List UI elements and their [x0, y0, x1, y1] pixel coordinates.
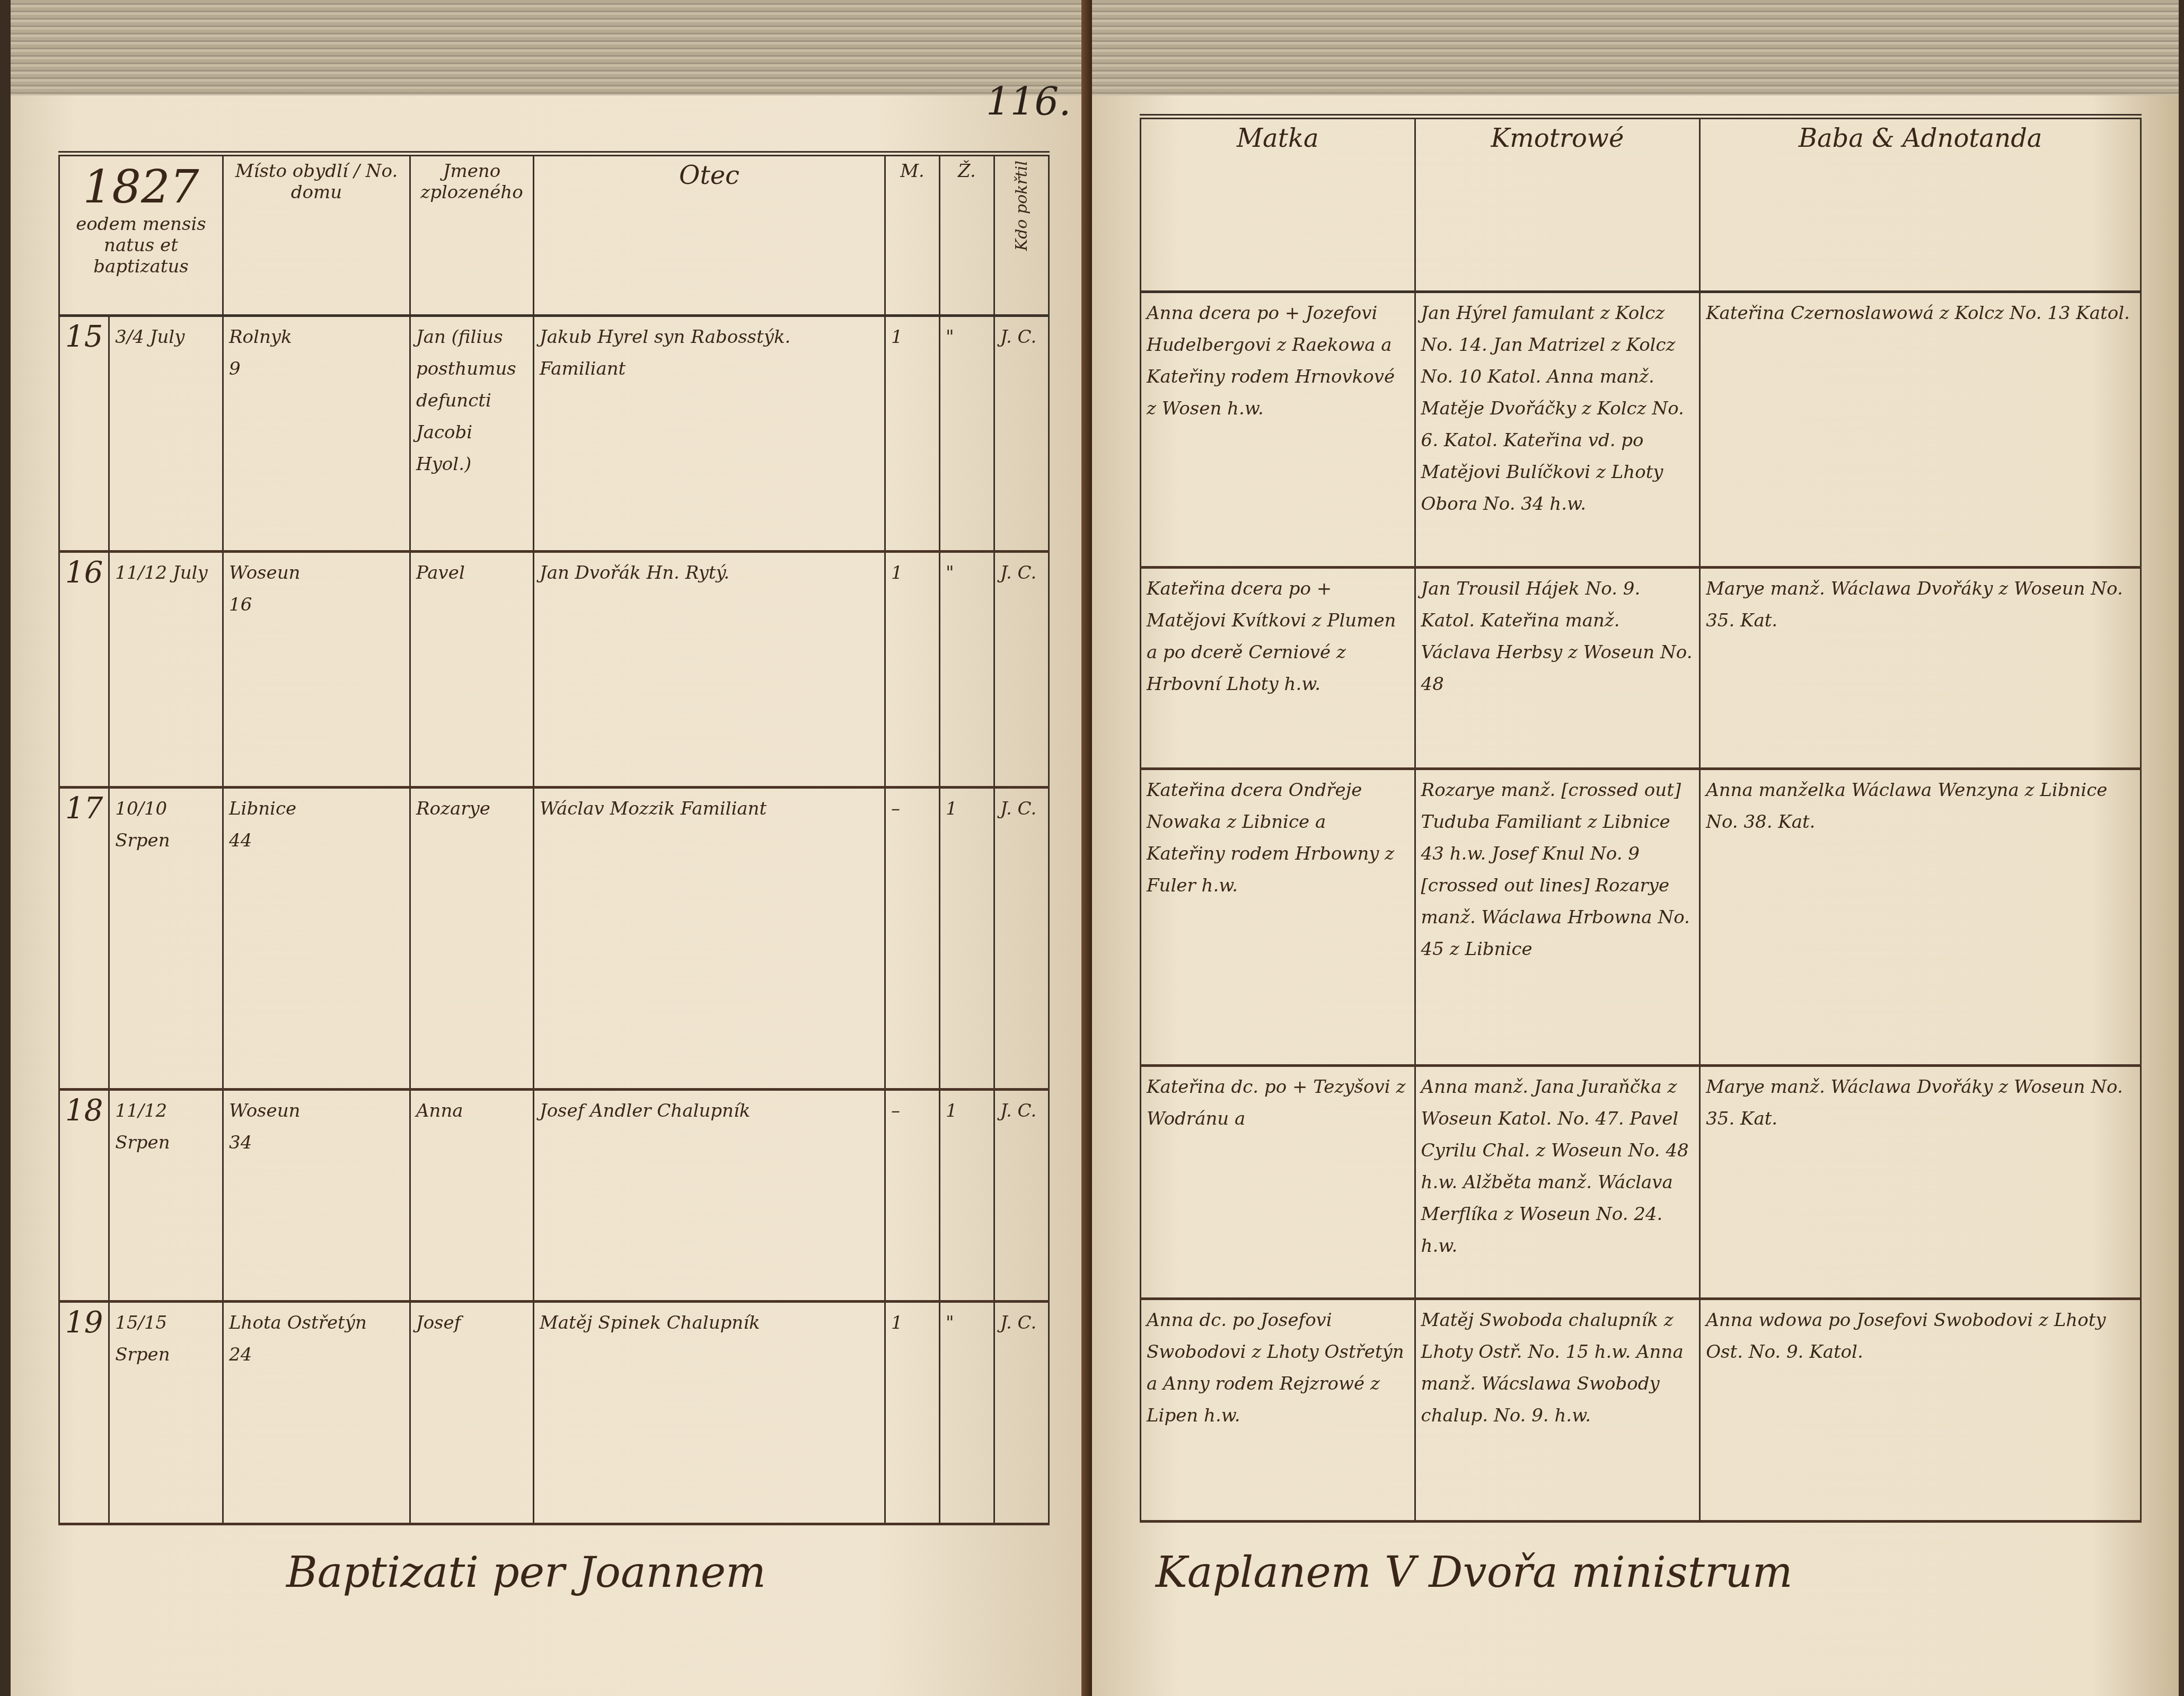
entry-place: Woseun16	[223, 551, 410, 787]
header-baptizer-label: Kdo pokřtil	[1012, 161, 1031, 251]
table-row: 15 3/4 July Rolnyk9 Jan (filius posthumu…	[59, 315, 1049, 551]
entry-m: 1	[885, 1301, 940, 1524]
entry-m: –	[885, 1089, 940, 1301]
header-year-cell: 1827 eodem mensis natus et baptizatus	[59, 154, 223, 315]
place-name: Rolnyk	[229, 321, 404, 353]
header-baptizer: Kdo pokřtil	[994, 154, 1049, 315]
header-house: Místo obydlí / No. domu	[223, 154, 410, 315]
entry-midwife: Kateřina Czernoslawowá z Kolcz No. 13 Ka…	[1700, 291, 2141, 567]
header-year: 1827	[65, 161, 217, 214]
entry-midwife: Marye manž. Wáclawa Dvořáky z Woseun No.…	[1700, 567, 2141, 768]
entry-father: Matěj Spinek Chalupník	[534, 1301, 885, 1524]
entry-godparents: Matěj Swoboda chalupník z Lhoty Ostř. No…	[1415, 1298, 1700, 1521]
entry-child: Jan (filius posthumus defuncti Jacobi Hy…	[410, 315, 534, 551]
place-name: Lhota Ostřetýn	[229, 1307, 404, 1339]
entry-f: 1	[940, 787, 994, 1089]
entry-father: Wáclav Mozzik Familiant	[534, 787, 885, 1089]
table-row: Kateřina dcera po + Matějovi Kvítkovi z …	[1141, 567, 2141, 768]
header-date: eodem mensis natus et baptizatus	[65, 214, 217, 277]
entry-godparents: Anna manž. Jana Juraňčka z Woseun Katol.…	[1415, 1065, 1700, 1298]
entry-f: 1	[940, 1089, 994, 1301]
entry-mother: Kateřina dcera po + Matějovi Kvítkovi z …	[1141, 567, 1415, 768]
entry-midwife: Anna manželka Wáclawa Wenzyna z Libnice …	[1700, 768, 2141, 1065]
entry-no: 19	[59, 1301, 109, 1524]
header-father: Otec	[534, 154, 885, 315]
entry-baptizer: J. C.	[994, 1301, 1049, 1524]
entry-child: Josef	[410, 1301, 534, 1524]
entry-date: 10/10 Srpen	[109, 787, 223, 1089]
entry-midwife: Marye manž. Wáclawa Dvořáky z Woseun No.…	[1700, 1065, 2141, 1298]
entry-f: "	[940, 315, 994, 551]
entry-place: Libnice44	[223, 787, 410, 1089]
house-no: 16	[229, 589, 404, 621]
entry-baptizer: J. C.	[994, 787, 1049, 1089]
place-name: Woseun	[229, 557, 404, 589]
entry-mother: Anna dc. po Josefovi Swobodovi z Lhoty O…	[1141, 1298, 1415, 1521]
house-no: 24	[229, 1339, 404, 1371]
house-no: 34	[229, 1127, 404, 1159]
right-register-table: Matka Kmotrowé Baba & Adnotanda Anna dce…	[1140, 114, 2142, 1523]
page-edge	[1092, 0, 2179, 95]
entry-child: Rozarye	[410, 787, 534, 1089]
table-row: Anna dc. po Josefovi Swobodovi z Lhoty O…	[1141, 1298, 2141, 1521]
entry-father: Josef Andler Chalupník	[534, 1089, 885, 1301]
entry-f: "	[940, 1301, 994, 1524]
header-legitimacy: Jmeno zplozeného	[410, 154, 534, 315]
entry-no: 16	[59, 551, 109, 787]
entry-child: Anna	[410, 1089, 534, 1301]
entry-mother: Anna dcera po + Jozefovi Hudelbergovi z …	[1141, 291, 1415, 567]
header-godparents: Kmotrowé	[1415, 117, 1700, 291]
entry-mother: Kateřina dc. po + Tezyšovi z Wodránu a	[1141, 1065, 1415, 1298]
entry-no: 17	[59, 787, 109, 1089]
page-number: 116.	[986, 79, 1071, 124]
table-row: Kateřina dcera Ondřeje Nowaka z Libnice …	[1141, 768, 2141, 1065]
page-edge	[11, 0, 1092, 95]
entry-father: Jan Dvořák Hn. Rytý.	[534, 551, 885, 787]
entry-no: 18	[59, 1089, 109, 1301]
header-sex-m: M.	[885, 154, 940, 315]
house-no: 44	[229, 825, 404, 856]
table-row: 18 11/12 Srpen Woseun34 Anna Josef Andle…	[59, 1089, 1049, 1301]
entry-baptizer: J. C.	[994, 1089, 1049, 1301]
entry-baptizer: J. C.	[994, 315, 1049, 551]
place-name: Woseun	[229, 1095, 404, 1127]
entry-m: 1	[885, 551, 940, 787]
signature-right: Kaplanem V Dvořa ministrum	[1156, 1548, 1793, 1597]
house-no: 9	[229, 353, 404, 385]
entry-m: –	[885, 787, 940, 1089]
table-row: Anna dcera po + Jozefovi Hudelbergovi z …	[1141, 291, 2141, 567]
entry-date: 11/12 July	[109, 551, 223, 787]
entry-no: 15	[59, 315, 109, 551]
entry-godparents: Rozarye manž. [crossed out] Tuduba Famil…	[1415, 768, 1700, 1065]
place-name: Libnice	[229, 793, 404, 825]
entry-date: 3/4 July	[109, 315, 223, 551]
entry-godparents: Jan Trousil Hájek No. 9. Katol. Kateřina…	[1415, 567, 1700, 768]
entry-baptizer: J. C.	[994, 551, 1049, 787]
header-sex-f: Ž.	[940, 154, 994, 315]
entry-godparents: Jan Hýrel famulant z Kolcz No. 14. Jan M…	[1415, 291, 1700, 567]
signature-left: Baptizati per Joannem	[286, 1548, 766, 1597]
entry-father: Jakub Hyrel syn Rabosstýk. Familiant	[534, 315, 885, 551]
table-row: Kateřina dc. po + Tezyšovi z Wodránu a A…	[1141, 1065, 2141, 1298]
entry-date: 15/15 Srpen	[109, 1301, 223, 1524]
entry-place: Lhota Ostřetýn24	[223, 1301, 410, 1524]
table-row: 16 11/12 July Woseun16 Pavel Jan Dvořák …	[59, 551, 1049, 787]
entry-child: Pavel	[410, 551, 534, 787]
header-midwife: Baba & Adnotanda	[1700, 117, 2141, 291]
table-row: 19 15/15 Srpen Lhota Ostřetýn24 Josef Ma…	[59, 1301, 1049, 1524]
left-register-table: 1827 eodem mensis natus et baptizatus Mí…	[58, 151, 1050, 1525]
entry-midwife: Anna wdowa po Josefovi Swobodovi z Lhoty…	[1700, 1298, 2141, 1521]
entry-place: Rolnyk9	[223, 315, 410, 551]
entry-m: 1	[885, 315, 940, 551]
entry-f: "	[940, 551, 994, 787]
header-mother: Matka	[1141, 117, 1415, 291]
table-row: 17 10/10 Srpen Libnice44 Rozarye Wáclav …	[59, 787, 1049, 1089]
entry-place: Woseun34	[223, 1089, 410, 1301]
entry-mother: Kateřina dcera Ondřeje Nowaka z Libnice …	[1141, 768, 1415, 1065]
entry-date: 11/12 Srpen	[109, 1089, 223, 1301]
